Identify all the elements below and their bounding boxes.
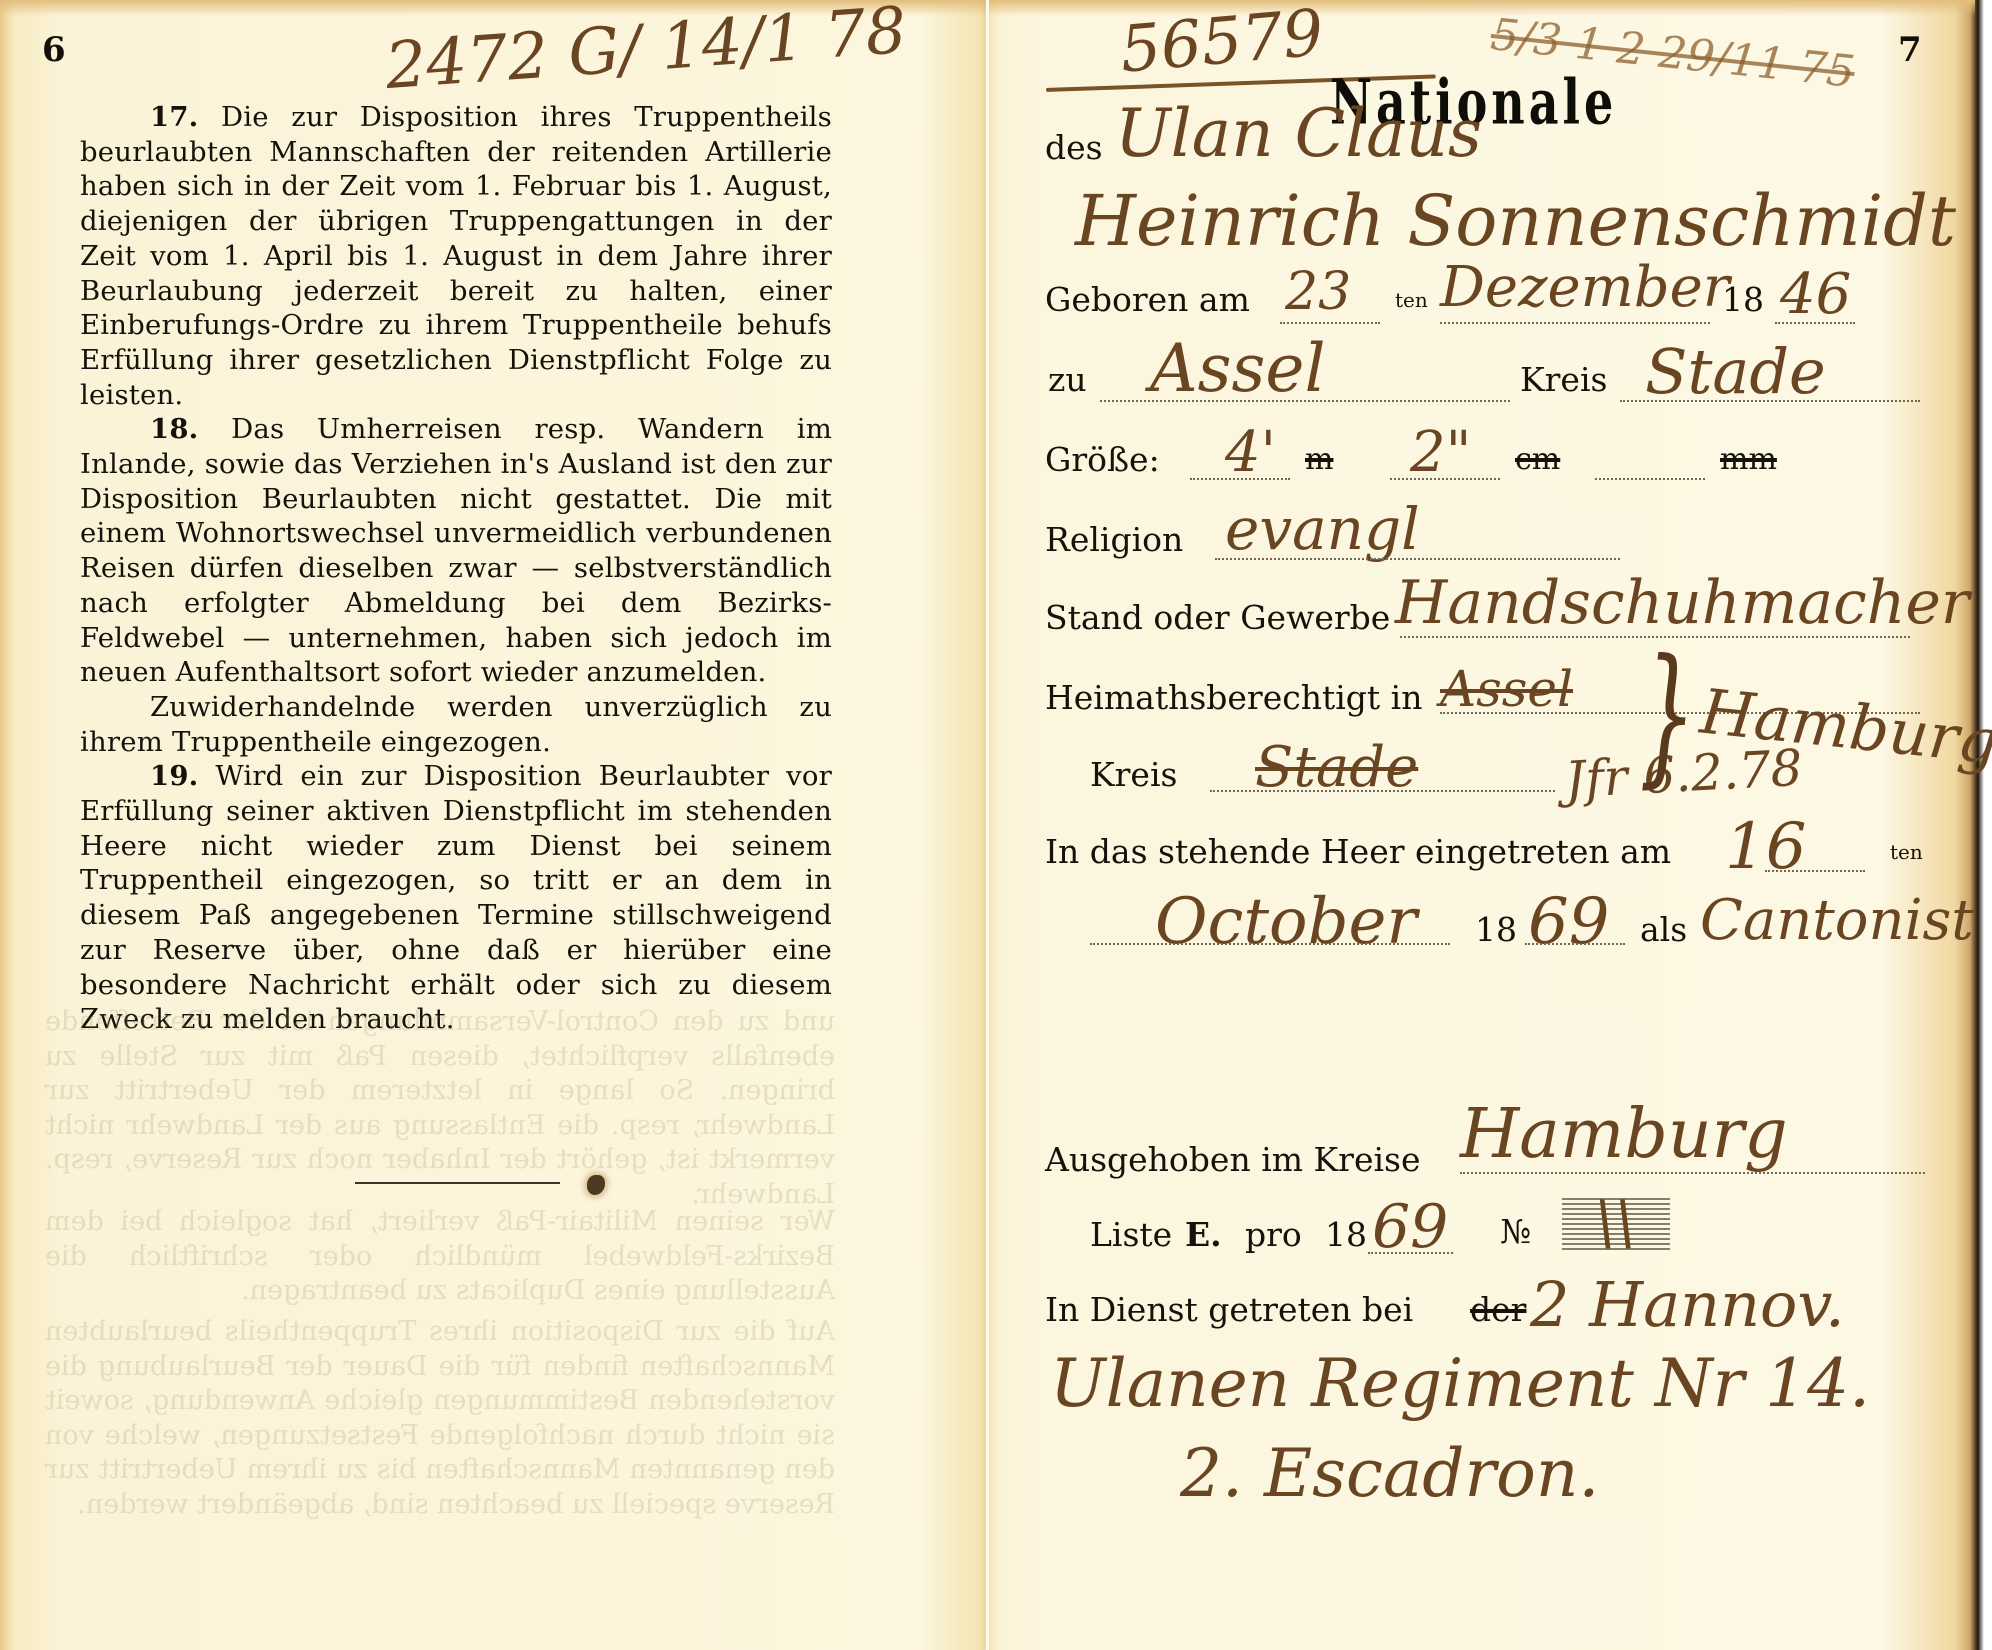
- dotted-line: [1440, 322, 1710, 324]
- dotted-line: [1280, 322, 1380, 324]
- religion-label: Religion: [1045, 520, 1183, 559]
- dotted-line: [1460, 1172, 1925, 1174]
- service-label: In Dienst getreten bei: [1045, 1290, 1413, 1329]
- passbook-spread: 6 2472 G/ 14/1 78 17. Die zur Dispositio…: [0, 0, 1992, 1650]
- paragraph-18: 18. Das Umherreisen resp. Wandern im Inl…: [80, 412, 832, 690]
- dotted-line: [1595, 478, 1705, 480]
- dotted-line: [1765, 870, 1865, 872]
- left-page: 6 2472 G/ 14/1 78 17. Die zur Dispositio…: [0, 0, 985, 1650]
- list-year-prefix: 18: [1325, 1215, 1367, 1254]
- bleed-through-text: Wer seinen Militair-Paß verliert, hat so…: [45, 1205, 835, 1309]
- paragraph-18-penalty: Zuwiderhandelnde werden unverzüglich zu …: [80, 690, 832, 759]
- birth-district: Stade: [1645, 335, 1826, 408]
- dotted-line: [1210, 790, 1555, 792]
- place-label: zu: [1048, 360, 1087, 399]
- dotted-line: [1775, 322, 1855, 324]
- service-unit-line2: Ulanen Regiment Nr 14.: [1050, 1345, 1870, 1422]
- levied-district: Hamburg: [1460, 1095, 1788, 1174]
- dotted-line: [1620, 400, 1920, 402]
- domicile-label: Heimathsberechtigt in: [1045, 678, 1422, 717]
- entered-year-suffix: 69: [1528, 885, 1609, 959]
- entered-label: In das stehende Heer eingetreten am: [1045, 832, 1671, 871]
- birth-month: Dezember: [1440, 255, 1730, 320]
- height-feet: 4': [1225, 420, 1276, 485]
- ten-suffix: ten: [1395, 288, 1428, 312]
- page-number: 7: [1898, 30, 1922, 70]
- as-label: als: [1640, 910, 1687, 949]
- rank-and-first-name: Ulan Claus: [1115, 95, 1482, 172]
- brace-mark: }: [1639, 640, 1696, 790]
- bleed-through-text: Auf die zur Disposition ihres Truppenthe…: [45, 1315, 835, 1522]
- handwritten-reference-number: 2472 G/ 14/1 78: [383, 0, 909, 104]
- unit-cm-struck: cm: [1515, 442, 1560, 477]
- service-der-struck: der: [1470, 1290, 1526, 1329]
- dotted-line: [1100, 400, 1510, 402]
- unit-mm-struck: mm: [1720, 442, 1777, 477]
- height-inches: 2": [1410, 420, 1471, 485]
- dotted-line: [1368, 1252, 1453, 1254]
- height-label: Größe:: [1045, 440, 1160, 479]
- year-prefix: 18: [1722, 280, 1764, 319]
- dotted-line: [1525, 943, 1625, 945]
- list-number-mark: \\: [1595, 1188, 1635, 1258]
- bleed-through-text: und zu den Control-Versammlungen ist der…: [45, 1005, 835, 1212]
- birth-year-suffix: 46: [1780, 262, 1851, 327]
- entered-month: October: [1155, 885, 1417, 959]
- dotted-line: [1390, 478, 1500, 480]
- unit-m-struck: m: [1305, 442, 1333, 477]
- domicile-struck: Assel: [1440, 660, 1573, 718]
- occupation-label: Stand oder Gewerbe: [1045, 598, 1390, 637]
- paragraph-17: 17. Die zur Disposition ihres Truppenthe…: [80, 100, 832, 412]
- printed-regulations: 17. Die zur Disposition ihres Truppenthe…: [80, 100, 832, 1037]
- levied-label: Ausgehoben im Kreise: [1045, 1140, 1421, 1179]
- dotted-line: [1215, 558, 1620, 560]
- entered-as: Cantonist: [1700, 888, 1974, 953]
- pro-label: pro: [1245, 1215, 1302, 1254]
- religion-value: evangl: [1225, 495, 1420, 563]
- service-unit-line1: 2 Hannov.: [1530, 1268, 1845, 1341]
- number-label: №: [1500, 1212, 1531, 1251]
- entered-ten-suffix: ten: [1890, 840, 1923, 864]
- entered-year-prefix: 18: [1475, 910, 1517, 949]
- section-divider: [355, 1182, 560, 1184]
- birth-place: Assel: [1150, 330, 1326, 407]
- entered-day: 16: [1725, 810, 1806, 884]
- birth-day: 23: [1285, 262, 1351, 322]
- born-label: Geboren am: [1045, 280, 1250, 319]
- dotted-line: [1090, 943, 1450, 945]
- dotted-line: [1190, 478, 1290, 480]
- district-label: Kreis: [1520, 360, 1607, 399]
- list-letter: E.: [1185, 1215, 1222, 1254]
- service-unit-line3: 2. Escadron.: [1180, 1435, 1599, 1512]
- full-name: Heinrich Sonnenschmidt: [1075, 180, 1956, 262]
- book-gutter: [986, 0, 989, 1650]
- des-label: des: [1045, 128, 1103, 167]
- domicile-district-label: Kreis: [1090, 755, 1177, 794]
- list-label: Liste: [1090, 1215, 1172, 1254]
- page-number: 6: [42, 30, 66, 70]
- paragraph-19: 19. Wird ein zur Disposition Beurlaubter…: [80, 759, 832, 1037]
